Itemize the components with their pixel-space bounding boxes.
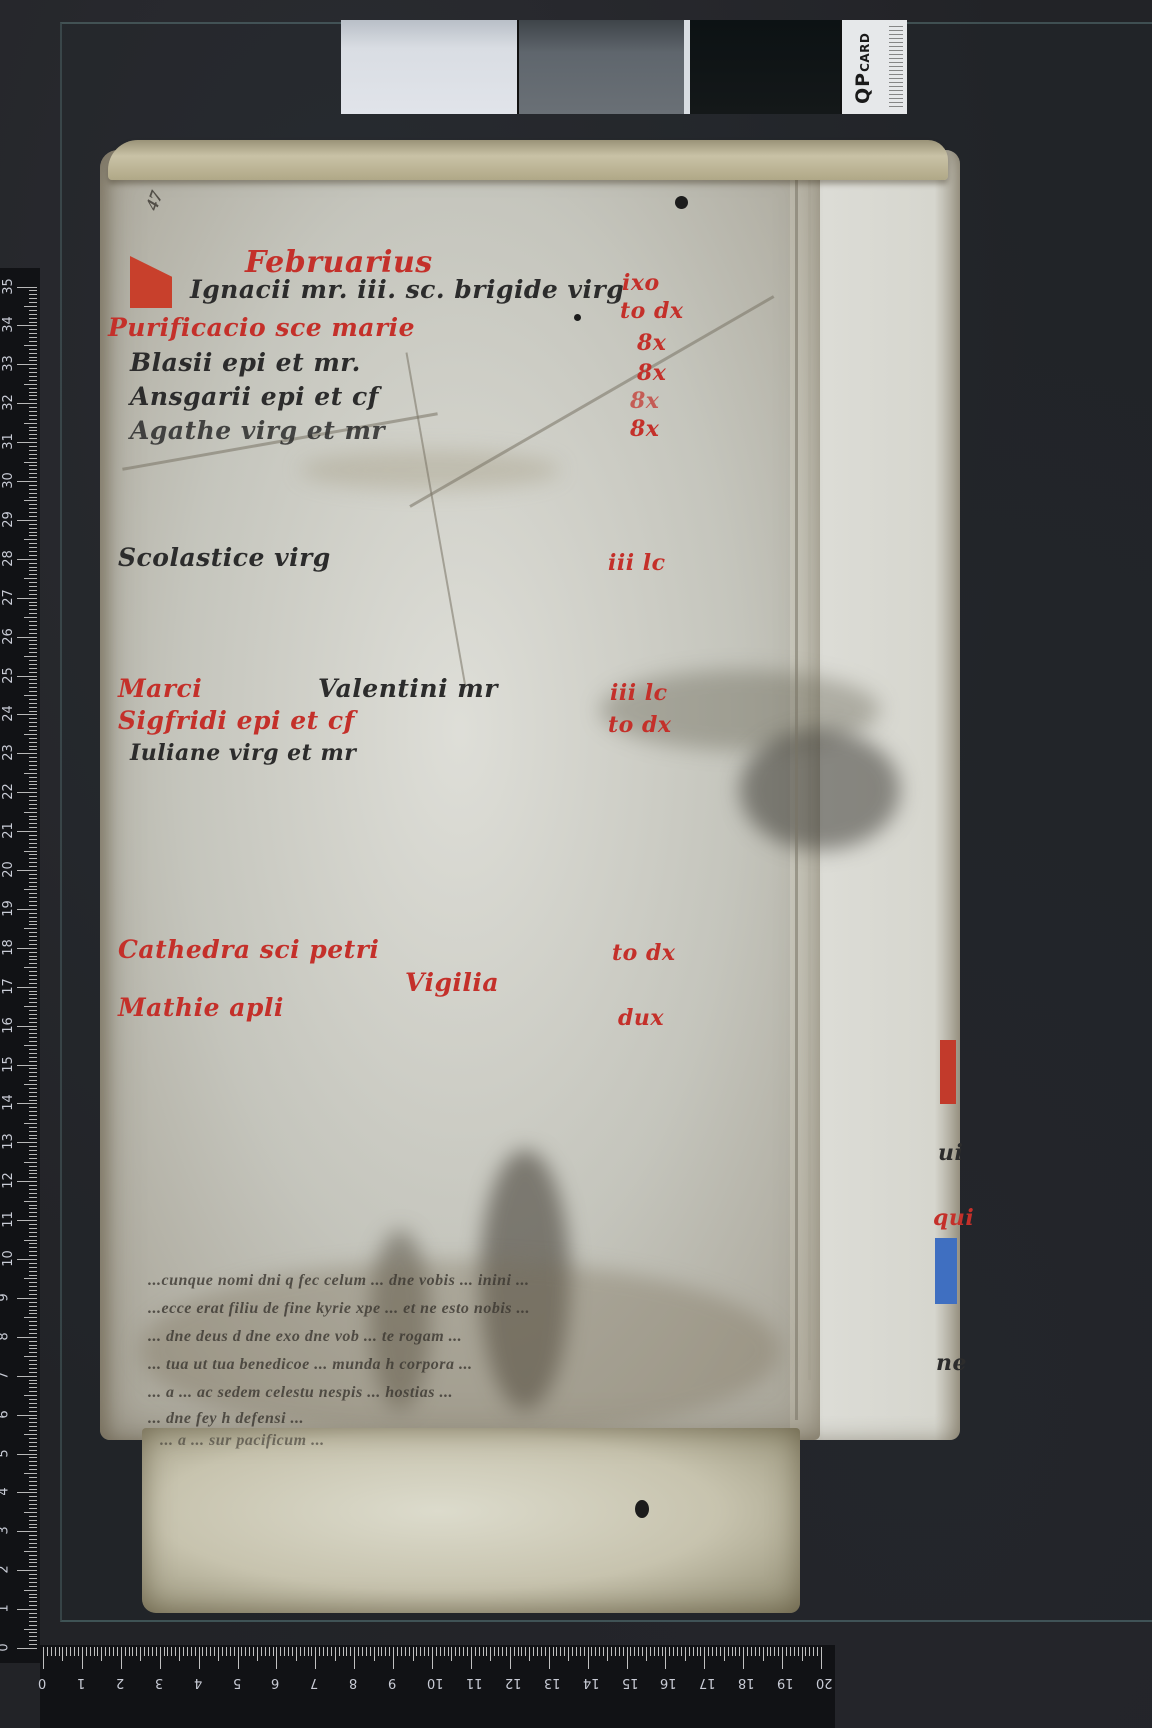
ruler-tick (29, 749, 37, 750)
ruler-tick (86, 1647, 87, 1656)
ruler-tick (29, 1438, 37, 1439)
ruler-tick (24, 1201, 37, 1202)
ruler-tick (29, 1057, 37, 1058)
ruler-tick (29, 679, 37, 680)
ruler-tick (29, 609, 37, 610)
ruler-tick (354, 1647, 355, 1669)
ruler-tick (241, 1647, 242, 1656)
ruler-tick (603, 1647, 604, 1656)
ruler-tick (767, 1647, 768, 1656)
ruler-tick (459, 1647, 460, 1656)
rank-note: 8x (637, 330, 666, 356)
ruler-tick (29, 1601, 37, 1602)
ruler-tick (29, 1072, 37, 1073)
ruler-tick (580, 1647, 581, 1656)
ruler-tick (29, 913, 37, 914)
red-initial-fragment (940, 1040, 956, 1104)
ruler-tick (623, 1647, 624, 1656)
ruler-tick (191, 1647, 192, 1656)
ruler-tick (24, 1045, 37, 1046)
ruler-tick (280, 1647, 281, 1656)
ruler-tick (805, 1647, 806, 1656)
ruler-tick (29, 839, 37, 840)
ruler-tick (29, 1446, 37, 1447)
calendar-line: Blasii epi et mr. (130, 348, 361, 377)
prayer-text-line: ... a ... ac sedem celestu nespis ... ho… (148, 1384, 453, 1402)
ruler-tick (29, 886, 37, 887)
rank-note: dux (618, 1005, 664, 1031)
ruler-tick (681, 1647, 682, 1656)
ruler-tick (24, 1434, 37, 1435)
ruler-tick (78, 1647, 79, 1656)
ruler-tick (257, 1647, 258, 1661)
ruler-tick (29, 551, 37, 552)
ruler-number: 7 (310, 1675, 318, 1690)
ruler-number: 17 (699, 1675, 716, 1690)
ruler-tick (24, 1512, 37, 1513)
ruler-number: 6 (0, 1410, 12, 1418)
ruler-tick (677, 1647, 678, 1656)
ruler-tick (284, 1647, 285, 1656)
ruler-tick (494, 1647, 495, 1656)
ruler-number: 19 (777, 1675, 794, 1690)
ruler-number: 13 (1, 1134, 16, 1151)
ruler-tick (29, 1088, 37, 1089)
ruler-tick (479, 1647, 480, 1656)
ruler-tick (29, 1150, 37, 1151)
ruler-tick (144, 1647, 145, 1656)
ruler-tick (29, 590, 37, 591)
ruler-tick (514, 1647, 515, 1656)
ruler-tick (29, 854, 37, 855)
ruler-tick (615, 1647, 616, 1656)
ruler-tick (556, 1647, 557, 1656)
ruler-tick (529, 1647, 530, 1661)
ruler-number: 5 (0, 1449, 12, 1457)
ruler-number: 2 (0, 1566, 12, 1574)
ruler-tick (29, 574, 37, 575)
ruler-tick (29, 314, 37, 315)
ruler-tick (537, 1647, 538, 1656)
ruler-tick (584, 1647, 585, 1656)
ruler-tick (29, 1228, 37, 1229)
ruler-tick (24, 1551, 37, 1552)
ruler-tick (218, 1647, 219, 1661)
ruler-tick (24, 306, 37, 307)
ruler-tick (370, 1647, 371, 1656)
ruler-tick (24, 1240, 37, 1241)
ruler-tick (29, 357, 37, 358)
ruler-tick (51, 1647, 52, 1656)
parchment-top-fold (108, 140, 948, 180)
ruler-tick (29, 477, 37, 478)
ruler-number: 33 (1, 356, 16, 373)
ruler-tick (29, 360, 37, 361)
ruler-tick (29, 368, 37, 369)
ruler-tick (451, 1647, 452, 1661)
ruler-tick (29, 605, 37, 606)
ruler-tick (17, 442, 37, 443)
ruler-tick (518, 1647, 519, 1656)
rank-note: to dx (620, 298, 684, 324)
ruler-tick (17, 1026, 37, 1027)
ruler-tick (29, 1407, 37, 1408)
rank-note: ixo (622, 270, 660, 296)
ruler-tick (611, 1647, 612, 1656)
ruler-tick (24, 889, 37, 890)
ruler-tick (29, 602, 37, 603)
ruler-tick (29, 294, 37, 295)
ruler-tick (29, 1500, 37, 1501)
ruler-tick (29, 1018, 37, 1019)
rank-note: 8x (637, 360, 666, 386)
ruler-tick (24, 1162, 37, 1163)
ruler-tick (29, 372, 37, 373)
ruler-tick (29, 434, 37, 435)
worm-hole (675, 196, 688, 209)
ruler-tick (432, 1647, 433, 1669)
qpcard-scale-ticks (889, 26, 903, 110)
ruler-tick (29, 516, 37, 517)
ruler-tick (444, 1647, 445, 1656)
ruler-tick (29, 1485, 37, 1486)
ruler-tick (463, 1647, 464, 1656)
ruler-tick (234, 1647, 235, 1656)
ruler-tick (29, 1368, 37, 1369)
ruler-tick (253, 1647, 254, 1656)
ruler-tick (29, 936, 37, 937)
ruler-tick (273, 1647, 274, 1656)
ruler-tick (29, 1418, 37, 1419)
ruler-tick (29, 726, 37, 727)
ruler-tick (29, 1617, 37, 1618)
ruler-tick (29, 302, 37, 303)
ruler-number: 17 (1, 978, 16, 995)
ruler-tick (288, 1647, 289, 1656)
ruler-tick (308, 1647, 309, 1656)
ruler-tick (29, 971, 37, 972)
ruler-tick (693, 1647, 694, 1656)
ruler-tick (265, 1647, 266, 1656)
ruler-tick (506, 1647, 507, 1656)
ruler-tick (599, 1647, 600, 1656)
ruler-number: 16 (1, 1017, 16, 1034)
ruler-tick (29, 975, 37, 976)
ruler-tick (381, 1647, 382, 1656)
parchment-leaf (100, 150, 820, 1440)
ruler-tick (29, 905, 37, 906)
ruler-tick (339, 1647, 340, 1656)
ruler-tick (29, 765, 37, 766)
ruler-tick (29, 959, 37, 960)
calendar-line: Valentini mr (318, 674, 498, 703)
ruler-tick (17, 1103, 37, 1104)
parchment-bottom-flap (142, 1428, 800, 1613)
ruler-tick (210, 1647, 211, 1656)
ruler-tick (29, 757, 37, 758)
ruler-tick (416, 1647, 417, 1656)
ruler-tick (17, 637, 37, 638)
ruler-tick (206, 1647, 207, 1656)
ruler-tick (29, 699, 37, 700)
ruler-tick (533, 1647, 534, 1656)
ruler-tick (498, 1647, 499, 1656)
ruler-tick (29, 1224, 37, 1225)
ruler-tick (29, 1197, 37, 1198)
ruler-tick (343, 1647, 344, 1656)
ruler-tick (420, 1647, 421, 1656)
ruler-tick (29, 570, 37, 571)
ruler-number: 4 (194, 1675, 202, 1690)
ruler-tick (358, 1647, 359, 1656)
ruler-tick (29, 932, 37, 933)
ruler-tick (471, 1647, 472, 1669)
ruler-tick (97, 1647, 98, 1656)
ruler-tick (29, 1380, 37, 1381)
ruler-number: 6 (271, 1675, 279, 1690)
ruler-tick (17, 1337, 37, 1338)
ruler-tick (29, 1096, 37, 1097)
ruler-tick (24, 812, 37, 813)
ruler-tick (29, 438, 37, 439)
ruler-tick (553, 1647, 554, 1656)
ruler-tick (29, 668, 37, 669)
ruler-tick (669, 1647, 670, 1656)
ruler-tick (164, 1647, 165, 1656)
ruler-tick (29, 1644, 37, 1645)
ruler-tick (29, 1100, 37, 1101)
ruler-tick (763, 1647, 764, 1661)
ruler-tick (685, 1647, 686, 1661)
ruler-tick (576, 1647, 577, 1656)
ruler-tick (29, 866, 37, 867)
ruler-tick (29, 1325, 37, 1326)
ruler-tick (564, 1647, 565, 1656)
ruler-tick (794, 1647, 795, 1656)
rank-note: to dx (612, 940, 676, 966)
ruler-tick (774, 1647, 775, 1656)
ruler-tick (409, 1647, 410, 1656)
calendar-line: Agathe virg et mr (130, 416, 385, 445)
ruler-number: 3 (0, 1527, 12, 1535)
prayer-text-line: ...cunque nomi dni q fec celum ... dne v… (148, 1272, 529, 1290)
ruler-tick (29, 761, 37, 762)
ruler-tick (29, 1243, 37, 1244)
ruler-tick (24, 462, 37, 463)
ruler-tick (29, 524, 37, 525)
ruler-tick (29, 1559, 37, 1560)
ruler-tick (17, 987, 37, 988)
ruler-tick (29, 290, 37, 291)
ruler-tick (29, 1158, 37, 1159)
ruler-tick (29, 819, 37, 820)
ruler-tick (29, 1640, 37, 1641)
ruler-tick (29, 874, 37, 875)
ruler-tick (572, 1647, 573, 1656)
ruler-tick (29, 1138, 37, 1139)
color-calibration-card: QPCARD (341, 20, 907, 114)
ruler-tick (29, 446, 37, 447)
ruler-number: 0 (0, 1643, 12, 1651)
ruler-tick (29, 1306, 37, 1307)
ruler-tick (29, 485, 37, 486)
calendar-line: Mathie apli (118, 993, 284, 1022)
ruler-tick (778, 1647, 779, 1656)
ruler-tick (817, 1647, 818, 1656)
ruler-tick (29, 1582, 37, 1583)
ruler-tick (17, 1531, 37, 1532)
ruler-tick (759, 1647, 760, 1656)
ruler-tick (29, 878, 37, 879)
ruler-tick (393, 1647, 394, 1669)
ruler-tick (29, 469, 37, 470)
ruler-number: 15 (622, 1675, 639, 1690)
ruler-tick (455, 1647, 456, 1656)
prayer-text-line: ...ecce erat filiu de fine kyrie xpe ...… (148, 1300, 530, 1318)
ruler-tick (29, 1597, 37, 1598)
ruler-tick (29, 1135, 37, 1136)
ruler-number: 21 (1, 822, 16, 839)
ruler-tick (327, 1647, 328, 1656)
ruler-tick (17, 870, 37, 871)
ruler-number: 14 (583, 1675, 600, 1690)
ruler-tick (29, 547, 37, 548)
ruler-tick (29, 1236, 37, 1237)
calendar-line: Scolastice virg (118, 543, 331, 572)
ruler-tick (17, 1065, 37, 1066)
ruler-tick (160, 1647, 161, 1669)
ruler-tick (642, 1647, 643, 1656)
ruler-tick (24, 539, 37, 540)
ruler-number: 23 (1, 745, 16, 762)
ruler-tick (29, 322, 37, 323)
ruler-tick (17, 948, 37, 949)
ruler-tick (24, 1473, 37, 1474)
ruler-tick (29, 1014, 37, 1015)
ruler-tick (24, 1006, 37, 1007)
ruler-tick (29, 621, 37, 622)
ruler-tick (29, 1068, 37, 1069)
ruler-tick (29, 882, 37, 883)
ruler-number: 32 (1, 394, 16, 411)
rank-note: 8x (630, 416, 659, 442)
ruler-tick (29, 664, 37, 665)
ruler-tick (17, 909, 37, 910)
ruler-tick (362, 1647, 363, 1656)
ruler-tick (821, 1647, 822, 1669)
ruler-tick (405, 1647, 406, 1656)
calendar-line: Sigfridi epi et cf (118, 706, 355, 735)
ruler-number: 27 (1, 589, 16, 606)
ruler-tick (17, 1492, 37, 1493)
ruler-tick (136, 1647, 137, 1656)
ruler-number: 30 (1, 472, 16, 489)
ruler-tick (29, 563, 37, 564)
ruler-tick (755, 1647, 756, 1656)
ruler-tick (29, 1177, 37, 1178)
worm-hole (635, 1500, 649, 1518)
ruler-tick (17, 520, 37, 521)
ruler-tick (401, 1647, 402, 1656)
ruler-tick (24, 500, 37, 501)
ruler-tick (486, 1647, 487, 1656)
ruler-tick (29, 952, 37, 953)
ruler-tick (179, 1647, 180, 1661)
ruler-tick (94, 1647, 95, 1656)
ruler-number: 25 (1, 667, 16, 684)
ruler-tick (29, 800, 37, 801)
right-strip-text: qui (933, 1205, 974, 1231)
ruler-tick (296, 1647, 297, 1661)
ruler-tick (29, 722, 37, 723)
ruler-tick (29, 1002, 37, 1003)
ruler-tick (630, 1647, 631, 1656)
ruler-tick (24, 656, 37, 657)
ruler-tick (397, 1647, 398, 1656)
ruler-tick (17, 676, 37, 677)
ruler-tick (29, 337, 37, 338)
ruler-tick (549, 1647, 550, 1669)
ruler-tick (29, 1127, 37, 1128)
ruler-tick (29, 788, 37, 789)
ruler-tick (29, 625, 37, 626)
ruler-tick (29, 586, 37, 587)
ruler-tick (29, 1193, 37, 1194)
ruler-tick (29, 1037, 37, 1038)
bottom-ruler: 01234567891011121314151617181920 (40, 1645, 835, 1728)
ruler-tick (129, 1647, 130, 1656)
ruler-tick (29, 1477, 37, 1478)
ruler-tick (29, 489, 37, 490)
ruler-tick (29, 1524, 37, 1525)
ruler-tick (29, 1372, 37, 1373)
ruler-tick (29, 991, 37, 992)
ruler-tick (29, 1267, 37, 1268)
ruler-tick (109, 1647, 110, 1656)
ruler-tick (261, 1647, 262, 1656)
ruler-tick (29, 808, 37, 809)
ruler-tick (29, 1469, 37, 1470)
ruler-number: 1 (0, 1604, 12, 1612)
ruler-tick (62, 1647, 63, 1661)
rank-note: 8x (630, 388, 659, 414)
ruler-tick (29, 683, 37, 684)
ruler-tick (658, 1647, 659, 1656)
ruler-tick (29, 532, 37, 533)
ruler-tick (105, 1647, 106, 1656)
ruler-tick (475, 1647, 476, 1656)
ruler-tick (654, 1647, 655, 1656)
ruler-tick (24, 695, 37, 696)
ruler-tick (366, 1647, 367, 1656)
ruler-tick (29, 298, 37, 299)
ruler-tick (29, 1341, 37, 1342)
ruler-tick (29, 1333, 37, 1334)
ruler-tick (29, 1329, 37, 1330)
ruler-tick (24, 1278, 37, 1279)
ruler-tick (29, 1247, 37, 1248)
ruler-tick (171, 1647, 172, 1656)
ruler-number: 15 (1, 1056, 16, 1073)
ruler-tick (29, 329, 37, 330)
ruler-tick (743, 1647, 744, 1669)
ruler-tick (183, 1647, 184, 1656)
ruler-tick (29, 687, 37, 688)
ruler-tick (29, 1348, 37, 1349)
ruler-number: 0 (38, 1675, 46, 1690)
rank-note: iii lc (608, 550, 665, 576)
ruler-tick (29, 1022, 37, 1023)
